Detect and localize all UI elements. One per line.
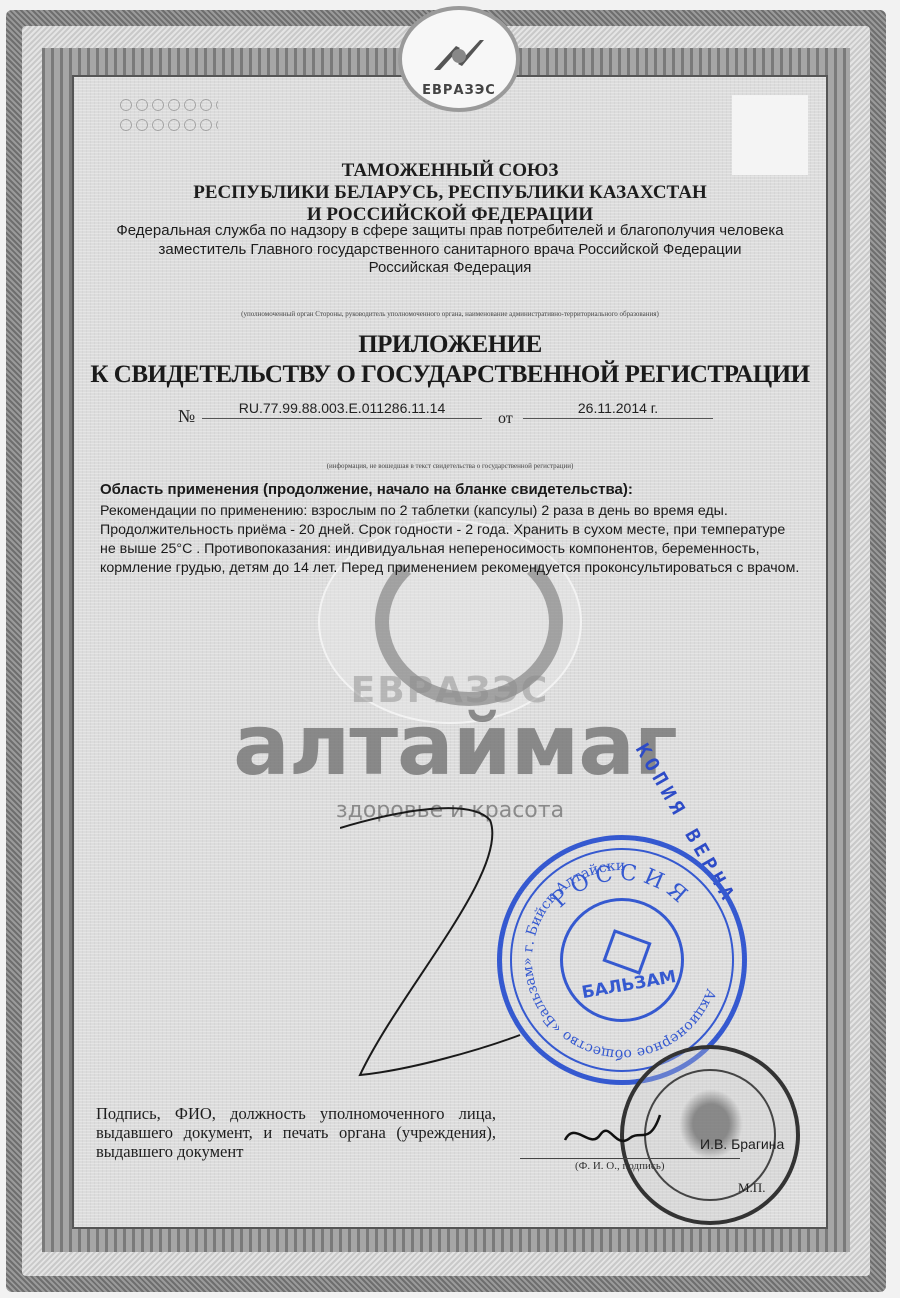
authority-line: Российская Федерация (0, 259, 900, 278)
signer-name: И.В. Брагина (700, 1136, 784, 1152)
registration-date: 26.11.2014 г. (523, 400, 713, 419)
authority-block: Федеральная служба по надзору в сфере за… (0, 222, 900, 278)
seal-place-mark: М.П. (738, 1180, 765, 1196)
fio-caption: (Ф. И. О., подпись) (575, 1160, 665, 1172)
authority-line: Федеральная служба по надзору в сфере за… (0, 222, 900, 241)
scope-text: Рекомендации по применению: взрослым по … (100, 502, 800, 578)
emblem-label: ЕВРАЗЭС (422, 83, 496, 98)
signature-line (520, 1158, 740, 1159)
handwritten-signature (560, 1110, 670, 1160)
union-line: ТАМОЖЕННЫЙ СОЮЗ (0, 160, 900, 182)
eurasec-logo-icon (432, 38, 486, 72)
date-label: от (498, 410, 513, 428)
registration-line: № RU.77.99.88.003.E.011286.11.14 от 26.1… (178, 400, 738, 428)
security-pattern (118, 95, 218, 137)
document-title: ПРИЛОЖЕНИЕ К СВИДЕТЕЛЬСТВУ О ГОСУДАРСТВЕ… (0, 330, 900, 390)
scope-section: Область применения (продолжение, начало … (100, 480, 800, 578)
signature-caption: Подпись, ФИО, должность уполномоченного … (96, 1104, 496, 1161)
brand-watermark: алтаймаг (215, 700, 695, 790)
eurasec-emblem: ЕВРАЗЭС (398, 6, 520, 112)
authority-caption: (уполномоченный орган Стороны, руководит… (0, 310, 900, 318)
number-label: № (178, 406, 195, 427)
union-heading: ТАМОЖЕННЫЙ СОЮЗ РЕСПУБЛИКИ БЕЛАРУСЬ, РЕС… (0, 160, 900, 226)
title-line: К СВИДЕТЕЛЬСТВУ О ГОСУДАРСТВЕННОЙ РЕГИСТ… (0, 360, 900, 390)
authority-line: заместитель Главного государственного са… (0, 241, 900, 260)
registration-number: RU.77.99.88.003.E.011286.11.14 (202, 400, 482, 419)
title-line: ПРИЛОЖЕНИЕ (0, 330, 900, 360)
info-caption: (информация, не вошедшая в текст свидете… (0, 462, 900, 470)
scope-heading: Область применения (продолжение, начало … (100, 480, 800, 499)
union-line: РЕСПУБЛИКИ БЕЛАРУСЬ, РЕСПУБЛИКИ КАЗАХСТА… (0, 182, 900, 204)
